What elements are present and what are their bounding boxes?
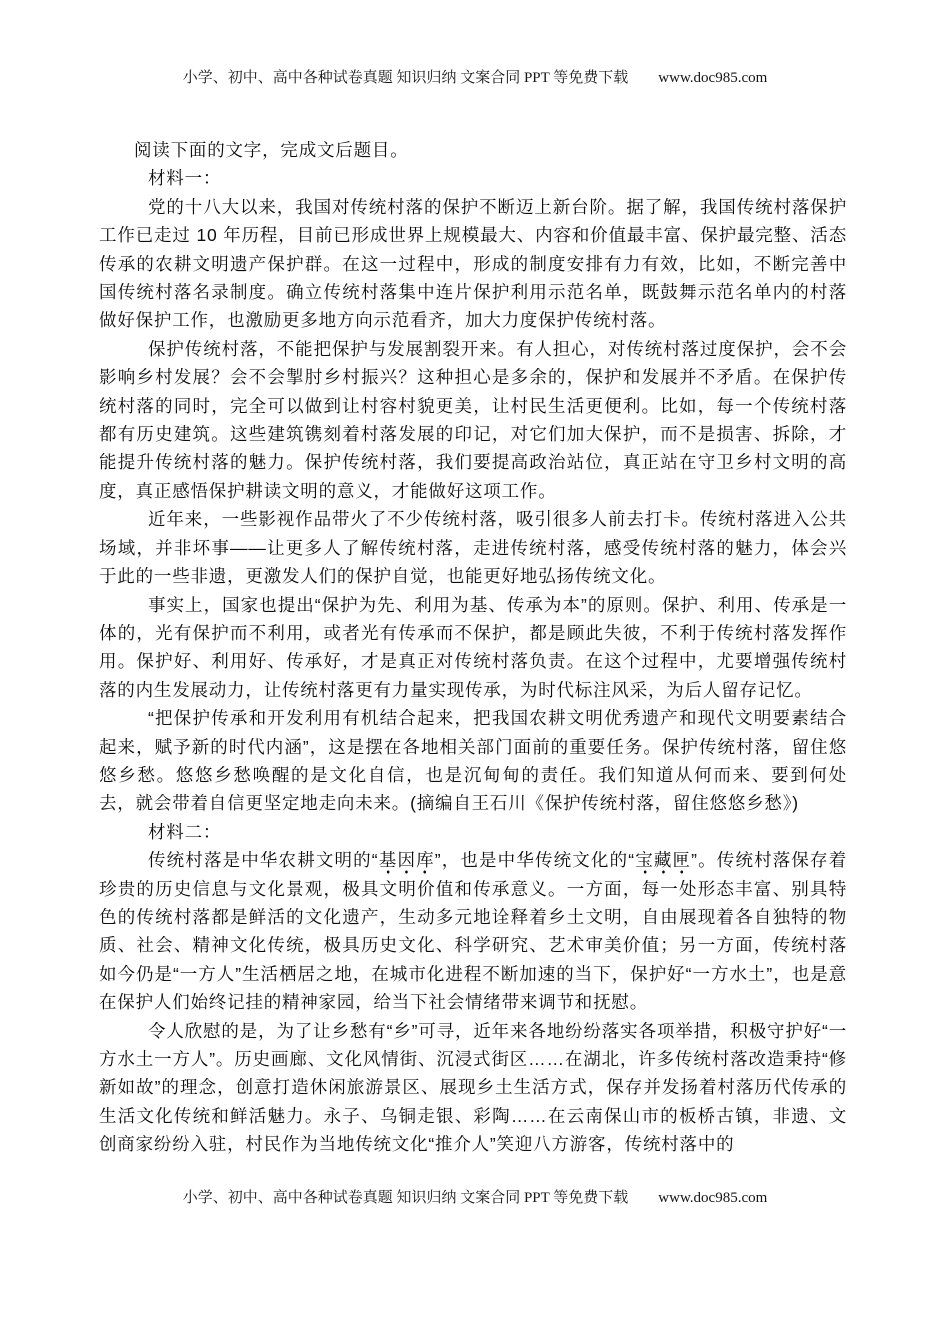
header-site-url: www.doc985.com [658,70,767,86]
material1-paragraph-2: 保护传统村落，不能把保护与发展割裂开来。有人担心，对传统村落过度保护，会不会影响… [99,335,847,505]
material1-paragraph-1: 党的十八大以来，我国对传统村落的保护不断迈上新台阶。据了解，我国传统村落保护工作… [99,193,847,335]
footer-promo-text: 小学、初中、高中各种试卷真题 知识归纳 文案合同 PPT 等免费下载 [183,1190,629,1206]
reading-prompt: 阅读下面的文字，完成文后题目。 [99,136,847,164]
m2p1-segment: ”。传统村落保存着珍贵的历史信息与文化景观，极具文明价值和传承意义。一方面，每一… [99,850,847,1012]
page-footer: 小学、初中、高中各种试卷真题 知识归纳 文案合同 PPT 等免费下载www.do… [0,1186,950,1207]
m2p1-segment: 传统村落是中华农耕文明的“ [148,850,378,870]
material2-paragraph-1: 传统村落是中华农耕文明的“基因库”，也是中华传统文化的“宝藏匣”。传统村落保存着… [99,846,847,1016]
material2-label: 材料二： [99,818,847,846]
material1-paragraph-4: 事实上，国家也提出“保护为先、利用为基、传承为本”的原则。保护、利用、传承是一体… [99,591,847,705]
document-content: 阅读下面的文字，完成文后题目。 材料一： 党的十八大以来，我国对传统村落的保护不… [99,136,847,1159]
footer-site-url: www.doc985.com [658,1190,767,1206]
material1-paragraph-3: 近年来，一些影视作品带火了不少传统村落，吸引很多人前去打卡。传统村落进入公共场域… [99,505,847,590]
m2p1-emphasized-term: 基因库 [378,850,434,874]
m2p1-segment: ”，也是中华传统文化的“ [435,850,635,870]
page-header: 小学、初中、高中各种试卷真题 知识归纳 文案合同 PPT 等免费下载www.do… [0,66,950,87]
m2p1-emphasized-term: 宝藏匣 [635,850,691,874]
material1-label: 材料一： [99,164,847,192]
material2-paragraph-2: 令人欣慰的是，为了让乡愁有“乡”可寻，近年来各地纷纷落实各项举措，积极守护好“一… [99,1017,847,1159]
material1-paragraph-5: “把保护传承和开发利用有机结合起来，把我国农耕文明优秀遗产和现代文明要素结合起来… [99,704,847,818]
document-page: 小学、初中、高中各种试卷真题 知识归纳 文案合同 PPT 等免费下载www.do… [0,0,950,1344]
header-promo-text: 小学、初中、高中各种试卷真题 知识归纳 文案合同 PPT 等免费下载 [183,70,629,86]
